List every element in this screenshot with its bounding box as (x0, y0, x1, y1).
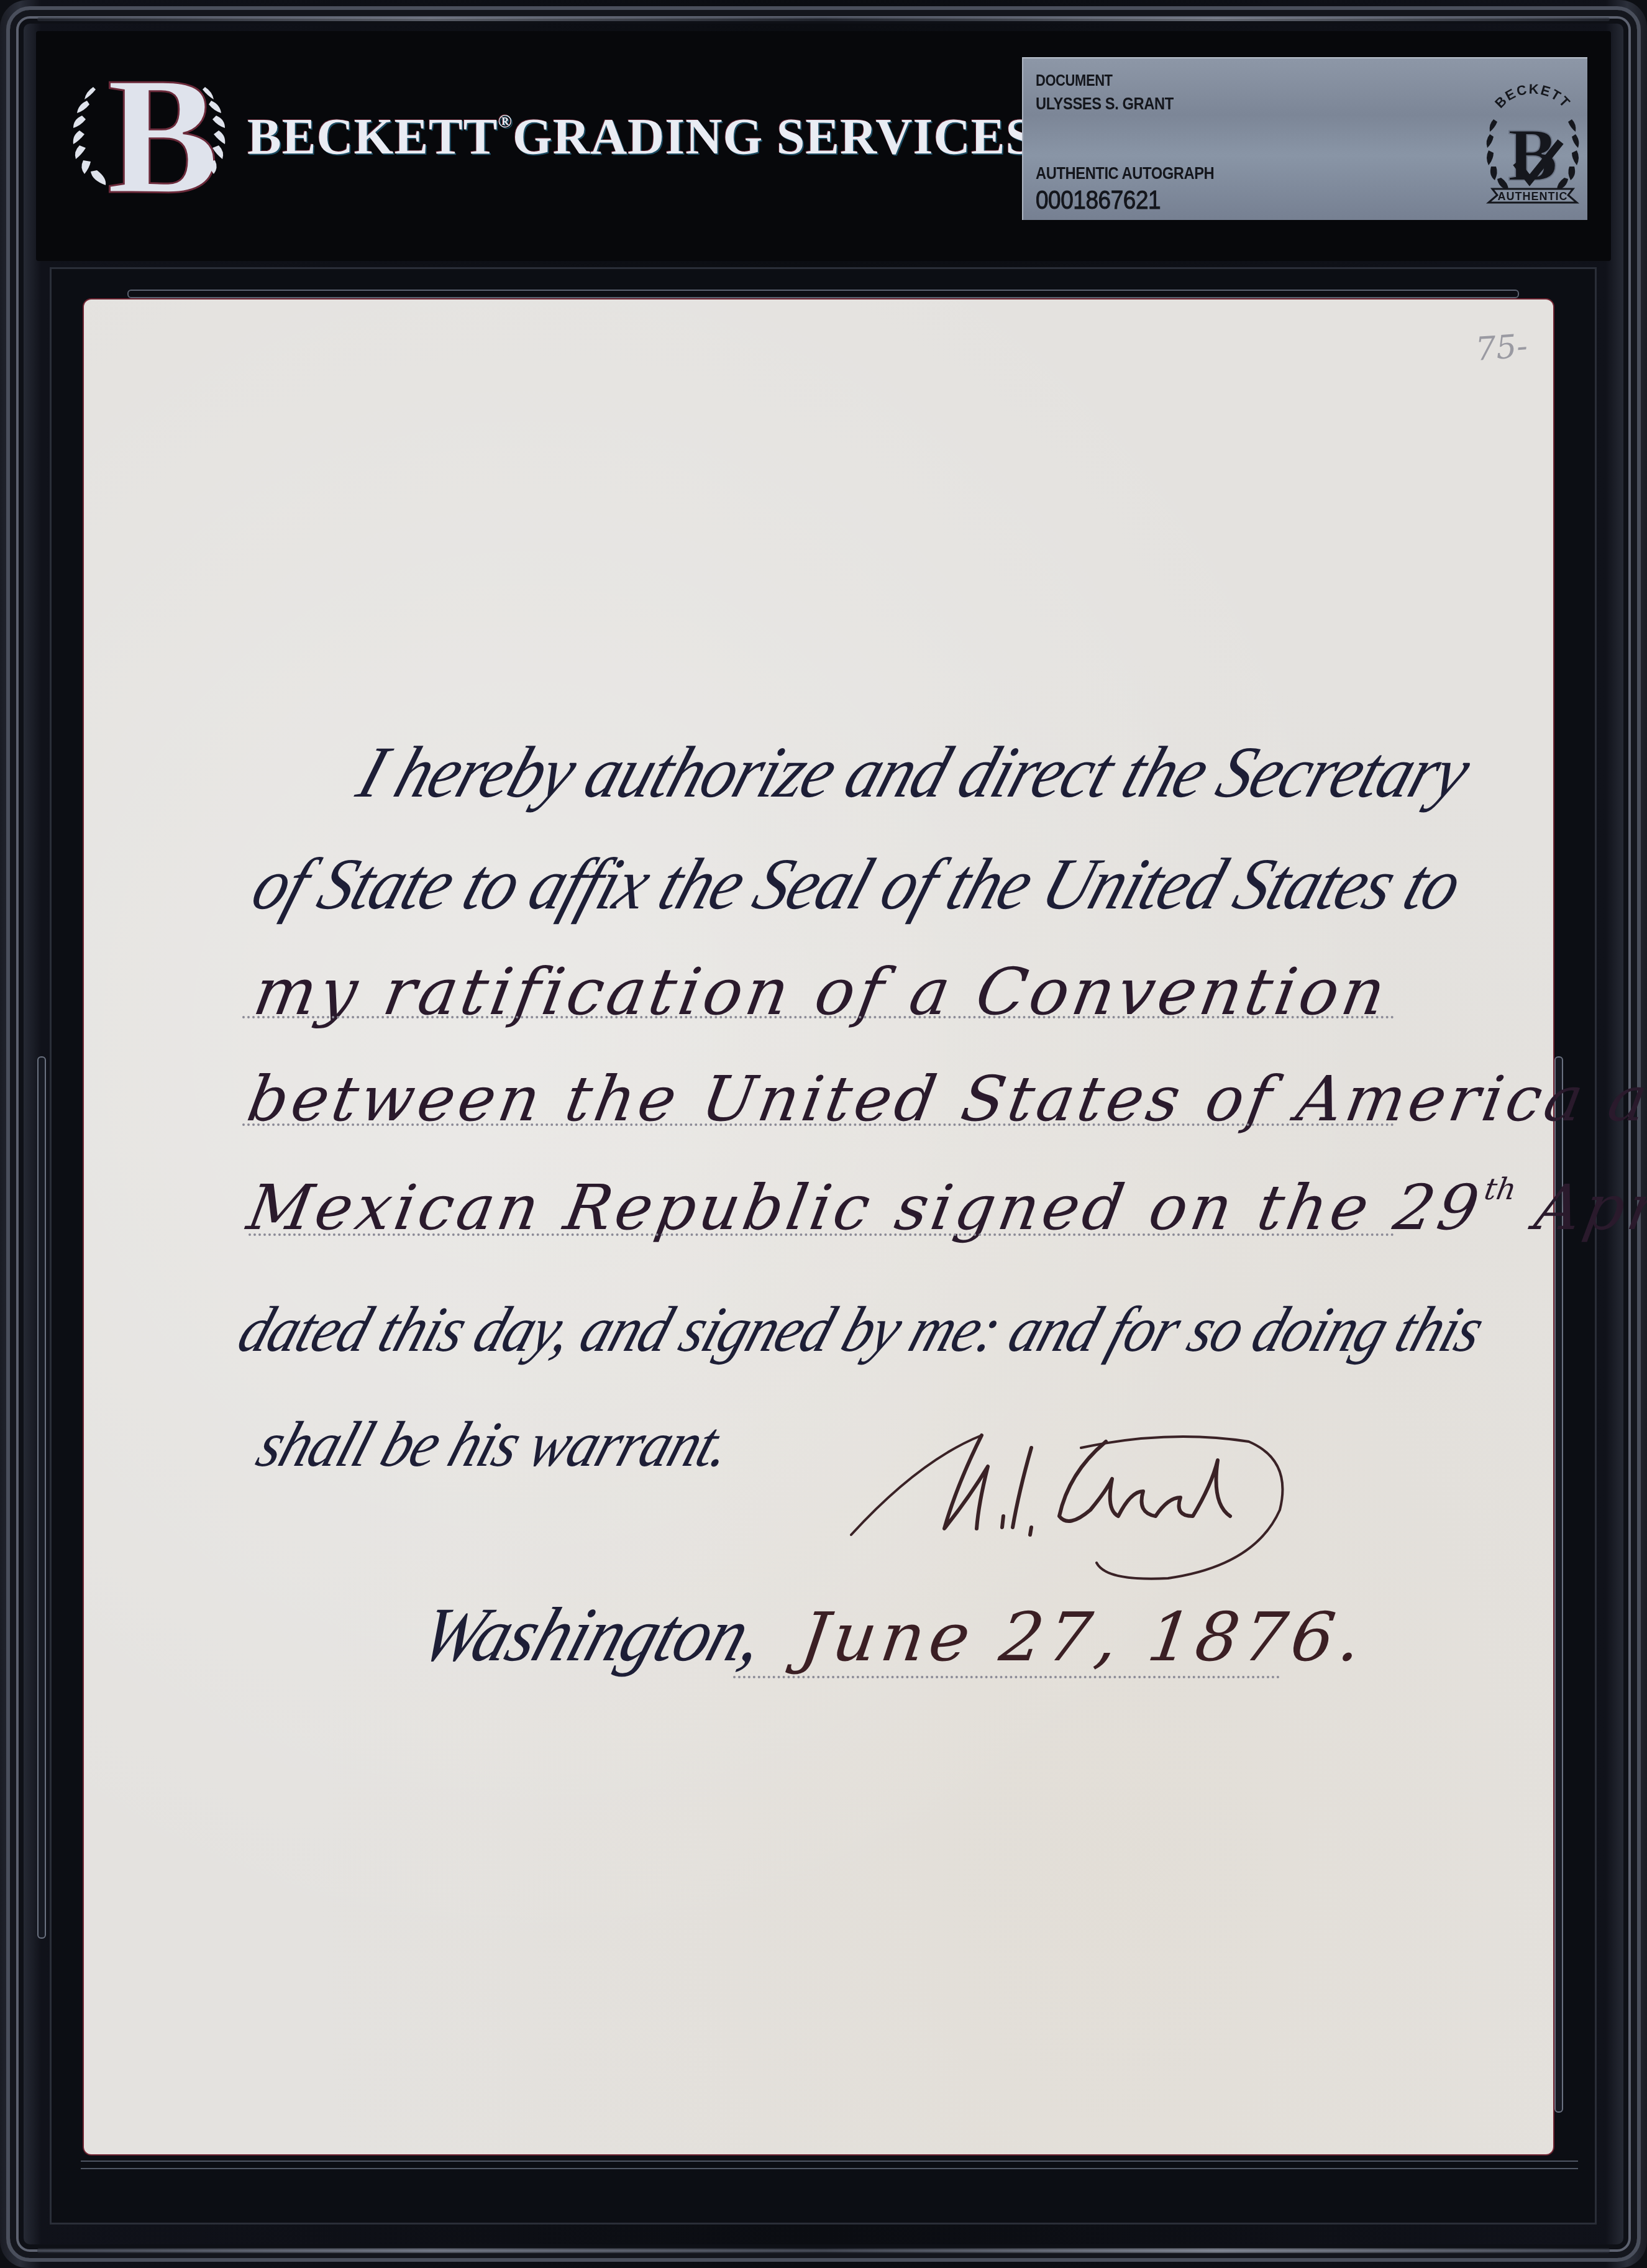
fill-line-date (733, 1676, 1280, 1678)
registered-mark: ® (498, 111, 512, 132)
label-status: AUTHENTIC AUTOGRAPH (1036, 164, 1214, 183)
laurel-right-icon (186, 81, 230, 193)
document-line-2: of State to affix the Seal of the United… (242, 842, 1471, 926)
seal-banner-text: AUTHENTIC (1498, 190, 1568, 203)
beckett-logo-icon: B (68, 56, 230, 217)
label-serial-number: 0001867621 (1036, 185, 1161, 215)
slab-rail-left (37, 1056, 46, 1939)
date-value: June 27, 1876. (796, 1599, 1371, 1676)
line-5-text-after: April, 1876, (1507, 1171, 1647, 1244)
slab-ridge-top (37, 17, 1610, 21)
date-place: Washington, (410, 1591, 776, 1679)
seal-top-text: BECKETT (1492, 81, 1574, 111)
document-line-1: I hereby authorize and direct the Secret… (348, 730, 1480, 815)
document-line-7: shall be his warrant. (249, 1407, 741, 1481)
label-item-type: DOCUMENT (1036, 72, 1113, 90)
fill-line-4 (242, 1123, 1395, 1126)
brand-name-primary: BECKETT (247, 108, 498, 165)
fill-line-3 (242, 1016, 1395, 1018)
slab-ridge-bottom (37, 2248, 1610, 2253)
fill-line-5 (249, 1233, 1395, 1236)
grading-label: DOCUMENT ULYSSES S. GRANT AUTHENTIC AUTO… (1022, 57, 1587, 220)
document-line-6: dated this day, and signed by me: and fo… (230, 1292, 1492, 1366)
label-subject: ULYSSES S. GRANT (1036, 94, 1174, 114)
laurel-left-icon (68, 81, 112, 193)
dateline: Washington,June 27, 1876. (410, 1591, 1366, 1679)
grant-signature: U. S. Grant (845, 1423, 1342, 1591)
pencil-notation: 75- (1474, 327, 1529, 368)
brand-name-suffix: GRADING SERVICES (513, 108, 1034, 165)
brand-name: BECKETT®GRADING SERVICES (247, 107, 1034, 166)
window-ridge-top (127, 290, 1519, 298)
svg-text:BECKETT: BECKETT (1492, 81, 1574, 111)
window-ridge-bottom (81, 2161, 1578, 2169)
beckett-authentic-seal-icon: BECKETT B AUTHENTIC (1480, 70, 1585, 213)
brand-lockup: B BECKETT®GRADING SERVICES (68, 56, 1034, 217)
